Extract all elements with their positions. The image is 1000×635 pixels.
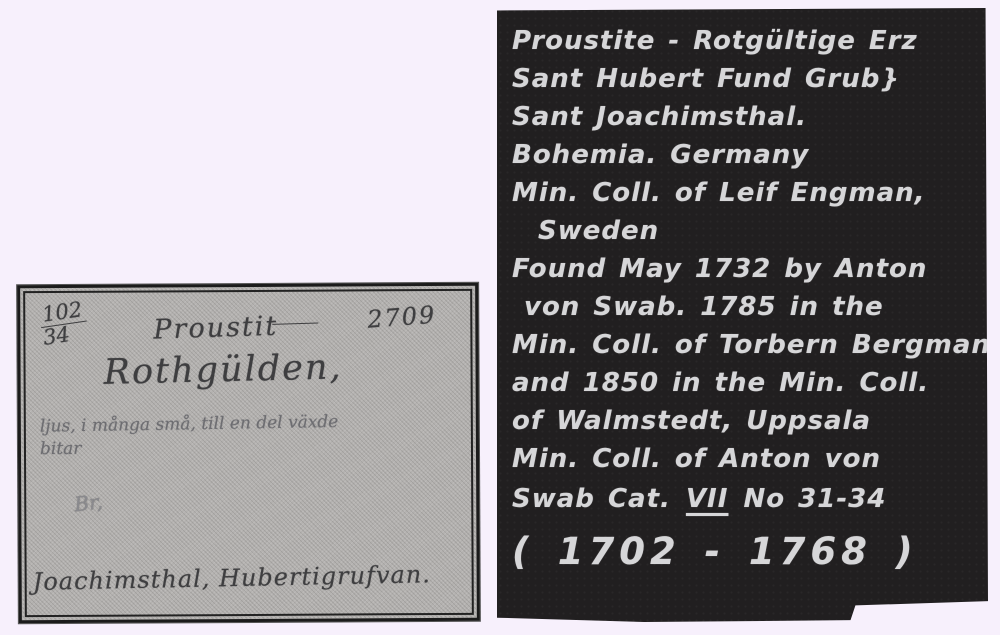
chalk-line-years: ( 1702 - 1768 )	[512, 530, 988, 573]
chalk-line-collection: Min. Coll. of Leif Engman,	[512, 174, 988, 212]
catalog-fraction-denominator: 34	[32, 322, 81, 350]
chalk-line-catalog: Swab Cat. VII No 31-34	[512, 480, 988, 518]
mineral-german-name: Rothgülden,	[103, 347, 343, 392]
chalk-line-anton: Min. Coll. of Anton von	[512, 440, 988, 478]
chalk-line-title: Proustite - Rotgültige Erz	[512, 22, 988, 60]
old-specimen-label-card: 102 34 Proustit 2709 Rothgülden, ljus, i…	[17, 283, 480, 623]
chalk-line-1850: and 1850 in the Min. Coll.	[512, 364, 988, 402]
chalk-line-region: Bohemia. Germany	[512, 136, 988, 174]
catalog-suffix: No 31-34	[730, 484, 886, 514]
chalk-line-country: Sweden	[512, 212, 988, 250]
old-label-double-border-frame: 102 34 Proustit 2709 Rothgülden, ljus, i…	[23, 289, 474, 617]
chalk-line-mine: Sant Hubert Fund Grub}	[512, 60, 988, 98]
chalk-line-found: Found May 1732 by Anton	[512, 250, 988, 288]
faded-note: Br,	[73, 489, 104, 516]
catalog-prefix: Swab Cat.	[512, 484, 684, 514]
chalk-line-town: Sant Joachimsthal.	[512, 98, 988, 136]
locality-line: Joachimsthal, Hubertigrufvan.	[32, 560, 431, 596]
catalog-roman-numeral: VII	[684, 484, 730, 514]
description-line-2: bitar	[40, 439, 82, 459]
chalk-line-bergman: Min. Coll. of Torbern Bergman	[512, 326, 988, 364]
black-chalk-label-card: Proustite - Rotgültige Erz Sant Hubert F…	[497, 8, 988, 622]
specimen-number: 2709	[366, 301, 437, 334]
chalk-line-walmstedt: of Walmstedt, Uppsala	[512, 402, 988, 440]
mineral-name-handwritten: Proustit	[153, 309, 319, 345]
description-line-1: ljus, i många små, till en del växde	[40, 412, 339, 437]
catalog-number-fraction: 102 34	[39, 301, 85, 347]
chalk-line-vonswab: von Swab. 1785 in the	[512, 288, 988, 326]
